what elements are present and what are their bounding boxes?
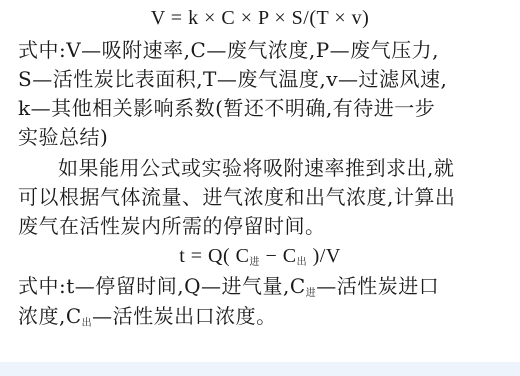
text-part: 浓度,C [18, 304, 82, 328]
subscript-in: 进 [249, 257, 260, 268]
subscript-in: 进 [306, 288, 317, 299]
text-part: —活性炭出口浓度。 [92, 304, 277, 328]
text-line: 可以根据气体流量、进气浓度和出气浓度,计算出 [18, 183, 502, 211]
footer-strip [0, 362, 520, 376]
text-part: 式中:t—停留时间,Q—进气量,C [18, 274, 306, 298]
text-line: k—其他相关影响系数(暂还不明确,有待进一步 [18, 94, 502, 122]
formula-part: − C [260, 245, 297, 267]
formula-part: t = Q( C [179, 245, 249, 267]
text-line: 如果能用公式或实验将吸附速率推到求出,就 [18, 154, 520, 182]
document-page: V = k × C × P × S/(T × v) 式中:V—吸附速率,C—废气… [0, 0, 520, 362]
text-line: 浓度,C出—活性炭出口浓度。 [18, 302, 502, 338]
text-line: S—活性炭比表面积,T—废气温度,v—过滤风速, [18, 65, 502, 93]
subscript-out: 出 [82, 318, 93, 329]
formula-part: )/V [307, 245, 341, 267]
text-part: —活性炭进口 [316, 274, 439, 298]
text-line: 废气在活性炭内所需的停留时间。 [18, 212, 502, 240]
text-line: 实验总结) [18, 123, 502, 151]
text-line: 式中:V—吸附速率,C—废气浓度,P—废气压力, [18, 36, 502, 64]
subscript-out: 出 [297, 257, 308, 268]
formula-adsorption-rate: V = k × C × P × S/(T × v) [18, 4, 502, 32]
